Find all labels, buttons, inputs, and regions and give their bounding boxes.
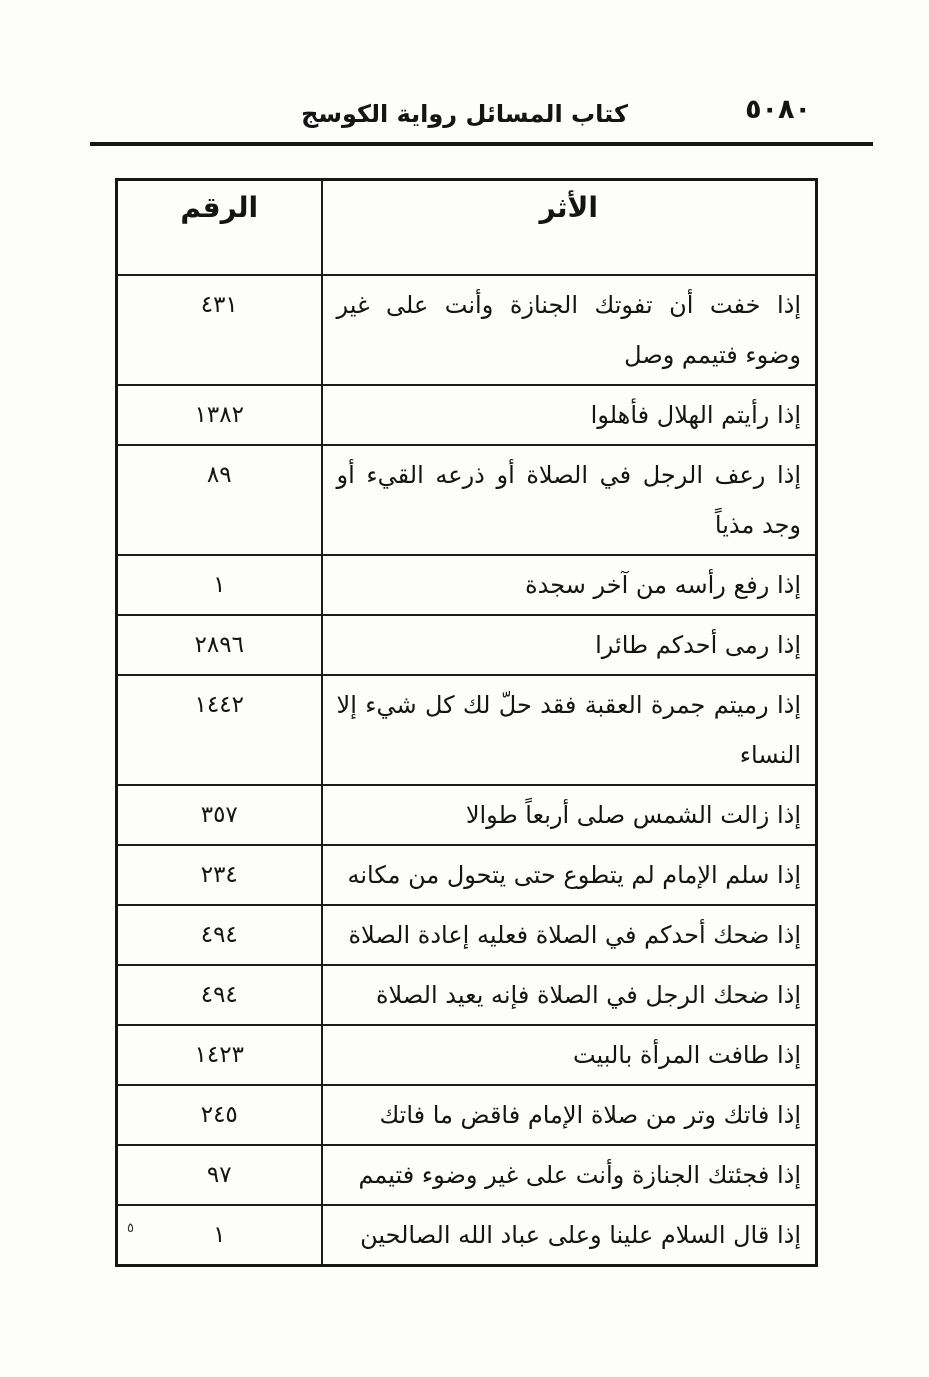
athar-number: ٤٩٤ [201, 982, 238, 1008]
athar-text-line: إذا رأيتم الهلال فأهلوا [337, 390, 802, 440]
athar-text-cell: إذا ضحك الرجل في الصلاة فإنه يعيد الصلاة [322, 965, 817, 1025]
athar-number-cell: ٣٥٧ [117, 785, 322, 845]
table-row: إذا زالت الشمس صلى أربعاً طوالا٣٥٧ [117, 785, 817, 845]
athar-number-cell: ١٤٢٣ [117, 1025, 322, 1085]
athar-text-line: إذا رمى أحدكم طائرا [337, 620, 802, 670]
athar-text-cell: إذا خفت أن تفوتك الجنازة وأنت على غيروضو… [322, 275, 817, 385]
athar-text-cell: إذا زالت الشمس صلى أربعاً طوالا [322, 785, 817, 845]
athar-number: ٤٣١ [201, 292, 238, 318]
athar-number-cell: ٢٤٥ [117, 1085, 322, 1145]
print-speck-mark: ٥ [127, 1222, 134, 1235]
athar-text-cell: إذا قال السلام علينا وعلى عباد الله الصا… [322, 1205, 817, 1266]
athar-number: ١٣٨٢ [195, 402, 244, 428]
athar-text-line: وجد مذياً [337, 500, 802, 550]
athar-text-line: إذا طافت المرأة بالبيت [337, 1030, 802, 1080]
athar-number: ١ [213, 572, 225, 598]
athar-number: ١٤٢٣ [195, 1042, 244, 1068]
table-row: إذا فاتك وتر من صلاة الإمام فاقض ما فاتك… [117, 1085, 817, 1145]
athar-number-cell: ١٣٨٢ [117, 385, 322, 445]
athar-text-line: إذا قال السلام علينا وعلى عباد الله الصا… [337, 1210, 802, 1260]
athar-text-cell: إذا سلم الإمام لم يتطوع حتى يتحول من مكا… [322, 845, 817, 905]
table-row: إذا قال السلام علينا وعلى عباد الله الصا… [117, 1205, 817, 1266]
athar-number: ٢٤٥ [201, 1102, 238, 1128]
table-row: إذا رفع رأسه من آخر سجدة١ [117, 555, 817, 615]
athar-number-cell: ٢٣٤ [117, 845, 322, 905]
athar-text-line: وضوء فتيمم وصل [337, 330, 802, 380]
athar-text-line: إذا سلم الإمام لم يتطوع حتى يتحول من مكا… [337, 850, 802, 900]
table-row: إذا ضحك أحدكم في الصلاة فعليه إعادة الصل… [117, 905, 817, 965]
athar-number-cell: ٢٨٩٦ [117, 615, 322, 675]
table-row: إذا رأيتم الهلال فأهلوا١٣٨٢ [117, 385, 817, 445]
athar-text-line: إذا فاتك وتر من صلاة الإمام فاقض ما فاتك [337, 1090, 802, 1140]
athar-index-table: الأثر الرقم إذا خفت أن تفوتك الجنازة وأن… [115, 178, 818, 1267]
athar-text-cell: إذا طافت المرأة بالبيت [322, 1025, 817, 1085]
athar-number: ٢٣٤ [201, 862, 238, 888]
athar-text-line: إذا رفع رأسه من آخر سجدة [337, 560, 802, 610]
athar-text-line: النساء [337, 730, 802, 780]
athar-text-cell: إذا رعف الرجل في الصلاة أو ذرعه القيء أو… [322, 445, 817, 555]
table-row: إذا رمى أحدكم طائرا٢٨٩٦ [117, 615, 817, 675]
table-header-row: الأثر الرقم [117, 180, 817, 276]
athar-text-cell: إذا رفع رأسه من آخر سجدة [322, 555, 817, 615]
athar-number: ٢٨٩٦ [195, 632, 244, 658]
athar-number: ٣٥٧ [201, 802, 238, 828]
athar-text-cell: إذا فجئتك الجنازة وأنت على غير وضوء فتيم… [322, 1145, 817, 1205]
athar-number-cell: ٩٧ [117, 1145, 322, 1205]
athar-number-cell: ٤٩٤ [117, 905, 322, 965]
header-rule [90, 142, 873, 146]
athar-number: ٨٩ [207, 462, 232, 488]
athar-number-cell: ٨٩ [117, 445, 322, 555]
athar-text-line: إذا زالت الشمس صلى أربعاً طوالا [337, 790, 802, 840]
athar-text-cell: إذا رمى أحدكم طائرا [322, 615, 817, 675]
table-row: إذا خفت أن تفوتك الجنازة وأنت على غيروضو… [117, 275, 817, 385]
athar-text-cell: إذا رميتم جمرة العقبة فقد حلّ لك كل شيء … [322, 675, 817, 785]
table-row: إذا سلم الإمام لم يتطوع حتى يتحول من مكا… [117, 845, 817, 905]
athar-text-line: إذا رعف الرجل في الصلاة أو ذرعه القيء أو [337, 450, 802, 500]
athar-text-line: إذا ضحك الرجل في الصلاة فإنه يعيد الصلاة [337, 970, 802, 1020]
column-header-raqm: الرقم [117, 180, 322, 276]
column-header-athar: الأثر [322, 180, 817, 276]
athar-number-cell: ١٤٤٢ [117, 675, 322, 785]
table-row: إذا رميتم جمرة العقبة فقد حلّ لك كل شيء … [117, 675, 817, 785]
athar-text-line: إذا خفت أن تفوتك الجنازة وأنت على غير [337, 280, 802, 330]
table-row: إذا رعف الرجل في الصلاة أو ذرعه القيء أو… [117, 445, 817, 555]
table-row: إذا ضحك الرجل في الصلاة فإنه يعيد الصلاة… [117, 965, 817, 1025]
athar-text-cell: إذا رأيتم الهلال فأهلوا [322, 385, 817, 445]
athar-number: ١ [213, 1222, 225, 1248]
athar-number: ٤٩٤ [201, 922, 238, 948]
athar-number-cell: ٤٩٤ [117, 965, 322, 1025]
athar-number-cell: ١٥ [117, 1205, 322, 1266]
athar-text-line: إذا رميتم جمرة العقبة فقد حلّ لك كل شيء … [337, 680, 802, 730]
book-title: كتاب المسائل رواية الكوسج [0, 100, 929, 128]
athar-number-cell: ١ [117, 555, 322, 615]
book-page: ٥٠٨٠ كتاب المسائل رواية الكوسج الأثر الر… [0, 0, 929, 1377]
athar-text-cell: إذا فاتك وتر من صلاة الإمام فاقض ما فاتك [322, 1085, 817, 1145]
athar-number-cell: ٤٣١ [117, 275, 322, 385]
athar-text-line: إذا ضحك أحدكم في الصلاة فعليه إعادة الصل… [337, 910, 802, 960]
athar-number: ١٤٤٢ [195, 692, 244, 718]
athar-number: ٩٧ [207, 1162, 232, 1188]
table-row: إذا فجئتك الجنازة وأنت على غير وضوء فتيم… [117, 1145, 817, 1205]
athar-text-line: إذا فجئتك الجنازة وأنت على غير وضوء فتيم… [337, 1150, 802, 1200]
table-row: إذا طافت المرأة بالبيت١٤٢٣ [117, 1025, 817, 1085]
athar-text-cell: إذا ضحك أحدكم في الصلاة فعليه إعادة الصل… [322, 905, 817, 965]
table-body: إذا خفت أن تفوتك الجنازة وأنت على غيروضو… [117, 275, 817, 1266]
